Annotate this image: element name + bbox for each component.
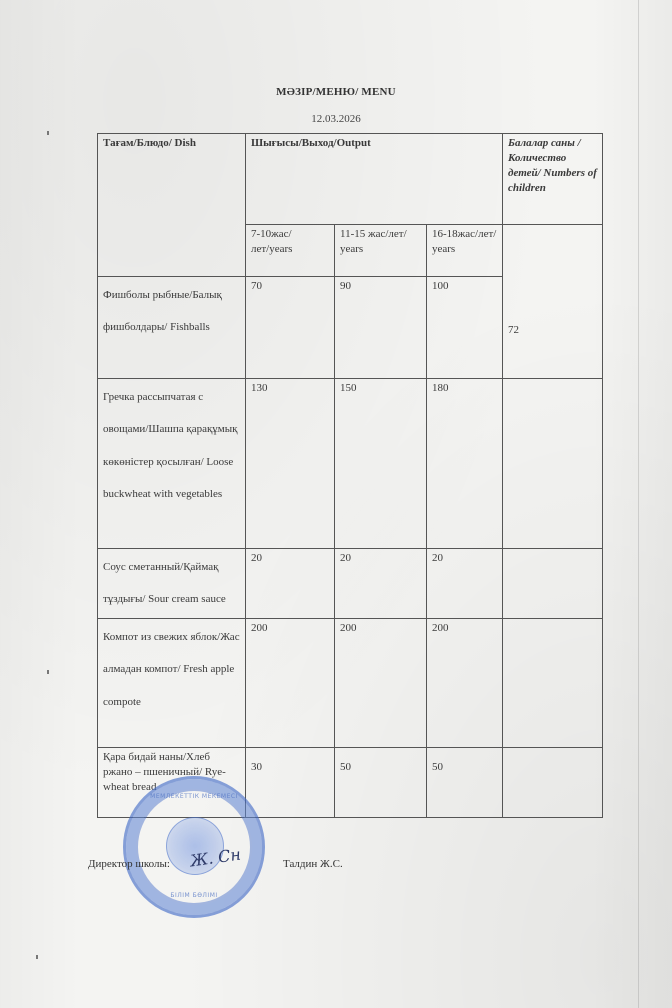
stamp-text-bottom: БІЛІМ БӨЛІМІ (126, 892, 262, 899)
portion-7-10: 70 (246, 277, 335, 379)
menu-table: Тағам/Блюдо/ Dish Шығысы/Выход/Output Ба… (97, 133, 603, 818)
official-stamp: МЕМЛЕКЕТТІК МЕКЕМЕСІ БІЛІМ БӨЛІМІ (123, 776, 265, 918)
portion-11-15: 90 (335, 277, 427, 379)
portion-16-18: 200 (427, 618, 503, 747)
scan-mark (47, 131, 49, 135)
portion-7-10: 30 (246, 747, 335, 817)
dish-header: Тағам/Блюдо/ Dish (98, 134, 246, 277)
portion-16-18: 50 (427, 747, 503, 817)
portion-7-10: 20 (246, 549, 335, 619)
empty-cell (503, 549, 603, 619)
dish-name: Гречка рассыпчатая с овощами/Шашпа қарақ… (98, 379, 246, 549)
portion-7-10: 200 (246, 618, 335, 747)
dish-name: Фишболы рыбные/Балық фишболдары/ Fishbal… (98, 277, 246, 379)
table-row: Компот из свежих яблок/Жас алмадан компо… (98, 618, 603, 747)
dish-name: Соус сметанный/Қаймақ тұздығы/ Sour crea… (98, 549, 246, 619)
children-count-header: Балалар саны /Количество детей/ Numbers … (503, 134, 603, 225)
empty-cell (503, 379, 603, 549)
portion-16-18: 180 (427, 379, 503, 549)
dish-name: Компот из свежих яблок/Жас алмадан компо… (98, 618, 246, 747)
empty-cell (503, 618, 603, 747)
portion-11-15: 20 (335, 549, 427, 619)
document-date: 12.03.2026 (0, 113, 672, 125)
director-label: Директор школы: (88, 858, 170, 870)
portion-7-10: 130 (246, 379, 335, 549)
document-title: МӘЗІР/МЕНЮ/ MENU (0, 86, 672, 98)
age-group-11-15: 11-15 жас/лет/ years (335, 225, 427, 277)
portion-11-15: 200 (335, 618, 427, 747)
stamp-text-top: МЕМЛЕКЕТТІК МЕКЕМЕСІ (126, 793, 262, 800)
age-group-16-18: 16-18жас/лет/ years (427, 225, 503, 277)
scan-mark (47, 670, 49, 674)
header-row: Тағам/Блюдо/ Dish Шығысы/Выход/Output Ба… (98, 134, 603, 225)
empty-cell (503, 747, 603, 817)
table-row: Соус сметанный/Қаймақ тұздығы/ Sour crea… (98, 549, 603, 619)
page-fold-line (638, 0, 639, 1008)
scan-mark (36, 955, 38, 959)
portion-16-18: 100 (427, 277, 503, 379)
portion-11-15: 50 (335, 747, 427, 817)
output-header: Шығысы/Выход/Output (246, 134, 503, 225)
portion-16-18: 20 (427, 549, 503, 619)
director-name: Талдин Ж.С. (283, 858, 343, 870)
portion-11-15: 150 (335, 379, 427, 549)
table-row: Гречка рассыпчатая с овощами/Шашпа қарақ… (98, 379, 603, 549)
children-count: 72 (503, 225, 603, 379)
age-group-7-10: 7-10жас/лет/years (246, 225, 335, 277)
